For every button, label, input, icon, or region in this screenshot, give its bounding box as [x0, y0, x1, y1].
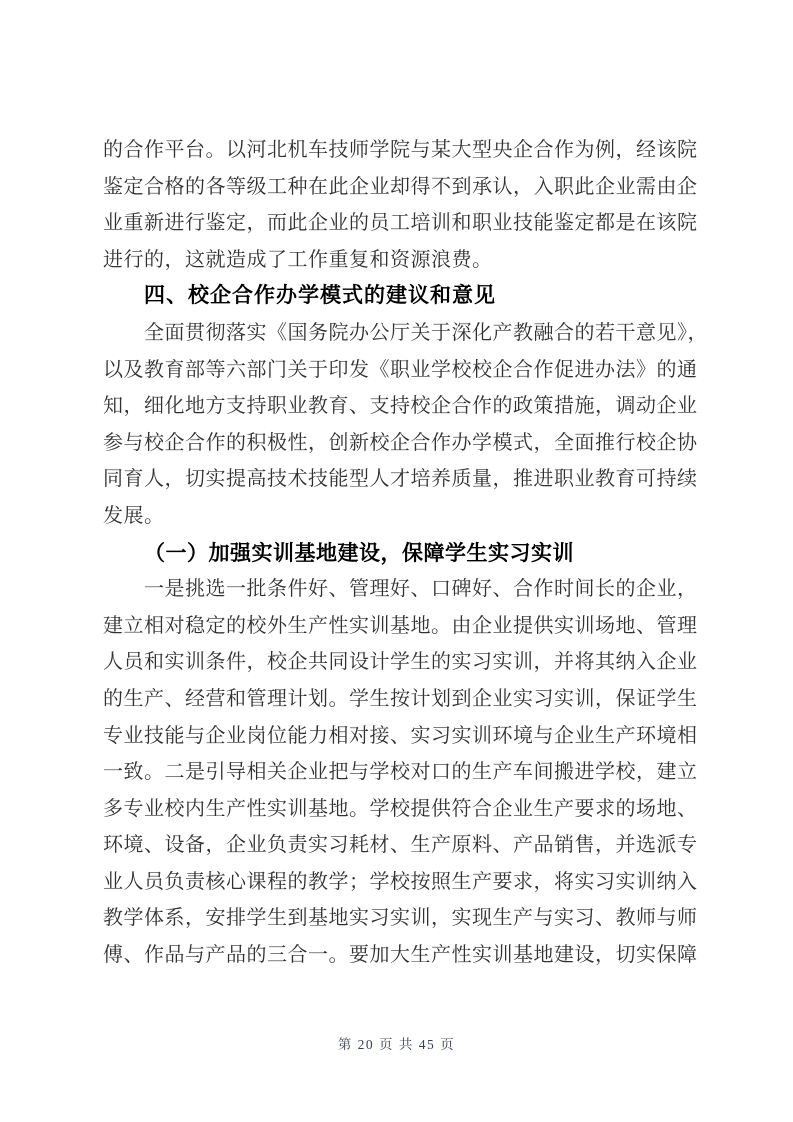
text-line: 傅、作品与产品的三合一。要加大生产性实训基地建设，切实保障	[103, 937, 699, 974]
paragraph: 一是挑选一批条件好、管理好、口碑好、合作时间长的企业，建立相对稳定的校外生产性实…	[103, 571, 699, 974]
document-page: 的合作平台。以河北机车技师学院与某大型央企合作为例，经该院鉴定合格的各等级工种在…	[0, 0, 793, 1122]
text-line: 一是挑选一批条件好、管理好、口碑好、合作时间长的企业，	[103, 571, 699, 608]
text-line: 发展。	[103, 498, 699, 535]
heading2-text: （一）加强实训基地建设，保障学生实习实训	[103, 535, 699, 572]
text-line: 业人员负责核心课程的教学；学校按照生产要求，将实习实训纳入	[103, 864, 699, 901]
text-line: 一致。二是引导相关企业把与学校对口的生产车间搬进学校，建立	[103, 754, 699, 791]
text-line: 的合作平台。以河北机车技师学院与某大型央企合作为例，经该院	[103, 132, 699, 169]
text-line: 建立相对稳定的校外生产性实训基地。由企业提供实训场地、管理	[103, 608, 699, 645]
text-line: 多专业校内生产性实训基地。学校提供符合企业生产要求的场地、	[103, 791, 699, 828]
text-line: 环境、设备，企业负责实习耗材、生产原料、产品销售，并选派专	[103, 827, 699, 864]
subsection-heading: （一）加强实训基地建设，保障学生实习实训	[103, 535, 699, 572]
text-line: 参与校企合作的积极性，创新校企合作办学模式，全面推行校企协	[103, 425, 699, 462]
text-line: 进行的，这就造成了工作重复和资源浪费。	[103, 242, 699, 279]
paragraph: 全面贯彻落实《国务院办公厅关于深化产教融合的若干意见》，以及教育部等六部门关于印…	[103, 315, 699, 535]
text-line: 鉴定合格的各等级工种在此企业却得不到承认，入职此企业需由企	[103, 169, 699, 206]
section-heading: 四、校企合作办学模式的建议和意见	[103, 278, 699, 315]
heading1-text: 四、校企合作办学模式的建议和意见	[103, 278, 699, 315]
text-line: 专业技能与企业岗位能力相对接、实习实训环境与企业生产环境相	[103, 718, 699, 755]
text-line: 人员和实训条件，校企共同设计学生的实习实训，并将其纳入企业	[103, 644, 699, 681]
document-body: 的合作平台。以河北机车技师学院与某大型央企合作为例，经该院鉴定合格的各等级工种在…	[103, 132, 699, 974]
paragraph: 的合作平台。以河北机车技师学院与某大型央企合作为例，经该院鉴定合格的各等级工种在…	[103, 132, 699, 278]
text-line: 业重新进行鉴定，而此企业的员工培训和职业技能鉴定都是在该院	[103, 205, 699, 242]
text-line: 的生产、经营和管理计划。学生按计划到企业实习实训，保证学生	[103, 681, 699, 718]
page-number-footer: 第 20 页 共 45 页	[0, 1033, 793, 1053]
text-line: 教学体系，安排学生到基地实习实训，实现生产与实习、教师与师	[103, 900, 699, 937]
text-line: 同育人，切实提高技术技能型人才培养质量，推进职业教育可持续	[103, 461, 699, 498]
text-line: 以及教育部等六部门关于印发《职业学校校企合作促进办法》的通	[103, 352, 699, 389]
text-line: 知，细化地方支持职业教育、支持校企合作的政策措施，调动企业	[103, 388, 699, 425]
text-line: 全面贯彻落实《国务院办公厅关于深化产教融合的若干意见》，	[103, 315, 699, 352]
